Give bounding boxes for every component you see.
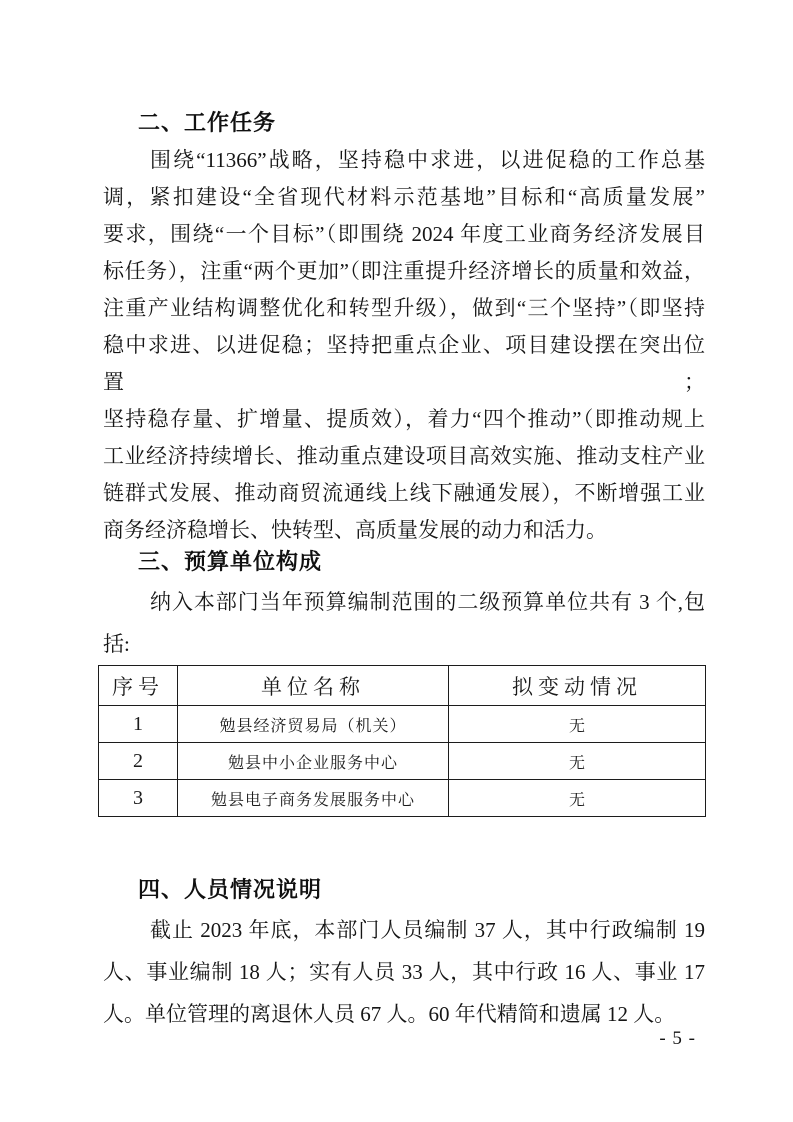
column-header-unit-name: 单位名称 bbox=[178, 666, 449, 706]
paragraph-line: 截止 2023 年底，本部门人员编制 37 人，其中行政编制 19 bbox=[103, 909, 705, 951]
cell-planned-change: 无 bbox=[449, 706, 706, 743]
paragraph-line: 坚持稳存量、扩增量、提质效），着力“四个推动”（即推动规上 bbox=[103, 401, 705, 438]
paragraph-line: 人、事业编制 18 人；实有人员 33 人，其中行政 16 人、事业 17 bbox=[103, 951, 705, 993]
paragraph-line: 调，紧扣建设“全省现代材料示范基地”目标和“高质量发展” bbox=[103, 179, 705, 216]
cell-unit-name: 勉县中小企业服务中心 bbox=[178, 743, 449, 780]
budget-units-paragraph: 纳入本部门当年预算编制范围的二级预算单位共有 3 个,包 括: bbox=[103, 581, 705, 665]
table-row: 1 勉县经济贸易局（机关） 无 bbox=[99, 706, 706, 743]
paragraph-line: 纳入本部门当年预算编制范围的二级预算单位共有 3 个,包 bbox=[103, 581, 705, 623]
paragraph-line: 稳中求进、以进促稳；坚持把重点企业、项目建设摆在突出位置； bbox=[103, 327, 705, 401]
paragraph-line: 要求，围绕“一个目标”（即围绕 2024 年度工业商务经济发展目 bbox=[103, 216, 705, 253]
paragraph-line: 围绕“11366”战略，坚持稳中求进，以进促稳的工作总基 bbox=[103, 142, 705, 179]
paragraph-line: 注重产业结构调整优化和转型升级），做到“三个坚持”（即坚持 bbox=[103, 290, 705, 327]
cell-planned-change: 无 bbox=[449, 780, 706, 817]
cell-index: 1 bbox=[99, 706, 178, 743]
cell-index: 2 bbox=[99, 743, 178, 780]
column-header-index: 序号 bbox=[99, 666, 178, 706]
personnel-paragraph: 截止 2023 年底，本部门人员编制 37 人，其中行政编制 19 人、事业编制… bbox=[103, 909, 705, 1035]
paragraph-line: 标任务），注重“两个更加”（即注重提升经济增长的质量和效益， bbox=[103, 253, 705, 290]
table-row: 3 勉县电子商务发展服务中心 无 bbox=[99, 780, 706, 817]
paragraph-line: 链群式发展、推动商贸流通线上线下融通发展），不断增强工业 bbox=[103, 475, 705, 512]
document-page: 二、工作任务 围绕“11366”战略，坚持稳中求进，以进促稳的工作总基 调，紧扣… bbox=[0, 0, 793, 1122]
cell-unit-name: 勉县电子商务发展服务中心 bbox=[178, 780, 449, 817]
work-tasks-paragraph: 围绕“11366”战略，坚持稳中求进，以进促稳的工作总基 调，紧扣建设“全省现代… bbox=[103, 142, 705, 549]
column-header-planned-change: 拟变动情况 bbox=[449, 666, 706, 706]
page-number: - 5 - bbox=[659, 1028, 696, 1050]
cell-unit-name: 勉县经济贸易局（机关） bbox=[178, 706, 449, 743]
paragraph-line: 括: bbox=[103, 623, 705, 665]
cell-index: 3 bbox=[99, 780, 178, 817]
table-row: 2 勉县中小企业服务中心 无 bbox=[99, 743, 706, 780]
budget-units-table: 序号 单位名称 拟变动情况 1 勉县经济贸易局（机关） 无 2 勉县中小企业服务… bbox=[98, 665, 706, 817]
section-heading-personnel: 四、人员情况说明 bbox=[103, 871, 705, 909]
cell-planned-change: 无 bbox=[449, 743, 706, 780]
paragraph-line: 人。单位管理的离退休人员 67 人。60 年代精简和遗属 12 人。 bbox=[103, 993, 705, 1035]
table-header-row: 序号 单位名称 拟变动情况 bbox=[99, 666, 706, 706]
paragraph-line: 工业经济持续增长、推动重点建设项目高效实施、推动支柱产业 bbox=[103, 438, 705, 475]
section-heading-work-tasks: 二、工作任务 bbox=[103, 104, 705, 142]
